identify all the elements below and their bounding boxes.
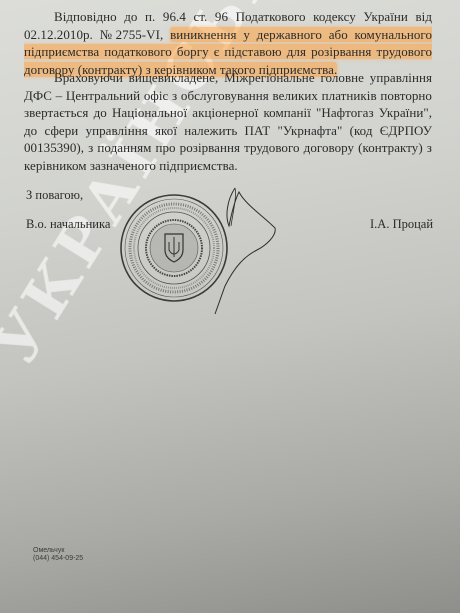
contact-name: Омельчук	[33, 547, 83, 555]
signer-name: І.А. Процай	[370, 217, 433, 232]
closing-regards: З повагою,	[26, 188, 83, 203]
signer-position: В.о. начальника	[26, 217, 110, 232]
paragraph-request: Враховуючи вищевикладене, Міжрегіональне…	[24, 69, 432, 174]
signature	[205, 186, 285, 316]
contact-info: Омельчук (044) 454-09-25	[33, 547, 83, 563]
contact-phone: (044) 454-09-25	[33, 555, 83, 563]
paragraph-legal-basis: Відповідно до п. 96.4 ст. 96 Податкового…	[24, 8, 432, 78]
document-page: УКРАЇНСЬКА ПРАВДА Відповідно до п. 96.4 …	[0, 0, 460, 613]
